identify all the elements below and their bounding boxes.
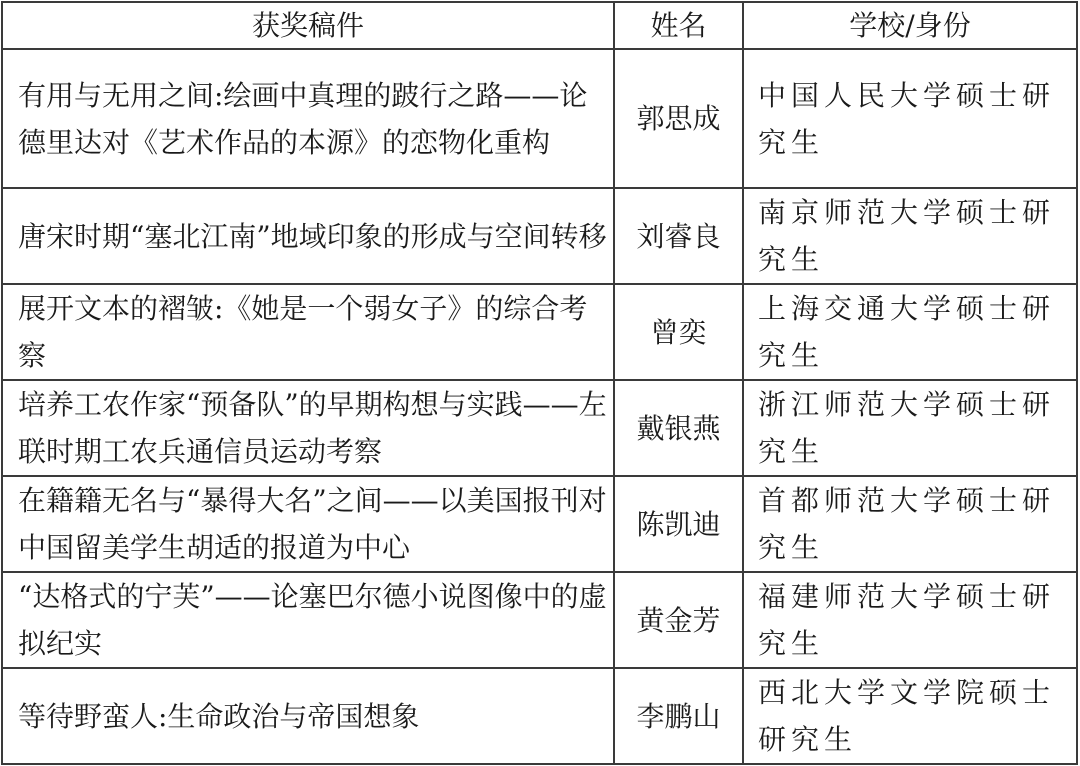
paper-title: 在籍籍无名与“暴得大名”之间——以美国报刊对中国留美学生胡适的报道为中心	[2, 476, 614, 572]
table-row: 有用与无用之间:绘画中真理的跛行之路——论德里达对《艺术作品的本源》的恋物化重构…	[2, 49, 1077, 188]
table-row: 唐宋时期“塞北江南”地域印象的形成与空间转移 刘睿良 南京师范大学硕士研究生	[2, 188, 1077, 284]
table-row: “达格式的宁芙”——论塞巴尔德小说图像中的虚拟纪实 黄金芳 福建师范大学硕士研究…	[2, 572, 1077, 668]
paper-title: 等待野蛮人:生命政治与帝国想象	[2, 668, 614, 764]
author-school: 南京师范大学硕士研究生	[743, 188, 1077, 284]
author-name: 戴银燕	[614, 380, 743, 476]
author-school: 首都师范大学硕士研究生	[743, 476, 1077, 572]
header-name: 姓名	[614, 2, 743, 49]
table-row: 培养工农作家“预备队”的早期构想与实践——左联时期工农兵通信员运动考察 戴银燕 …	[2, 380, 1077, 476]
author-school: 福建师范大学硕士研究生	[743, 572, 1077, 668]
author-school: 浙江师范大学硕士研究生	[743, 380, 1077, 476]
table-header-row: 获奖稿件 姓名 学校/身份	[2, 2, 1077, 49]
table-row: 在籍籍无名与“暴得大名”之间——以美国报刊对中国留美学生胡适的报道为中心 陈凯迪…	[2, 476, 1077, 572]
paper-title: 展开文本的褶皱:《她是一个弱女子》的综合考察	[2, 284, 614, 380]
header-title: 获奖稿件	[2, 2, 614, 49]
author-school: 上海交通大学硕士研究生	[743, 284, 1077, 380]
author-school: 中国人民大学硕士研究生	[743, 49, 1077, 188]
author-name: 刘睿良	[614, 188, 743, 284]
author-name: 曾奕	[614, 284, 743, 380]
header-school: 学校/身份	[743, 2, 1077, 49]
table-row: 展开文本的褶皱:《她是一个弱女子》的综合考察 曾奕 上海交通大学硕士研究生	[2, 284, 1077, 380]
paper-title: 培养工农作家“预备队”的早期构想与实践——左联时期工农兵通信员运动考察	[2, 380, 614, 476]
author-school: 西北大学文学院硕士研究生	[743, 668, 1077, 764]
author-name: 郭思成	[614, 49, 743, 188]
author-name: 黄金芳	[614, 572, 743, 668]
paper-title: “达格式的宁芙”——论塞巴尔德小说图像中的虚拟纪实	[2, 572, 614, 668]
table-row: 等待野蛮人:生命政治与帝国想象 李鹏山 西北大学文学院硕士研究生	[2, 668, 1077, 764]
paper-title: 有用与无用之间:绘画中真理的跛行之路——论德里达对《艺术作品的本源》的恋物化重构	[2, 49, 614, 188]
author-name: 李鹏山	[614, 668, 743, 764]
paper-title: 唐宋时期“塞北江南”地域印象的形成与空间转移	[2, 188, 614, 284]
author-name: 陈凯迪	[614, 476, 743, 572]
award-table: 获奖稿件 姓名 学校/身份 有用与无用之间:绘画中真理的跛行之路——论德里达对《…	[1, 1, 1078, 765]
